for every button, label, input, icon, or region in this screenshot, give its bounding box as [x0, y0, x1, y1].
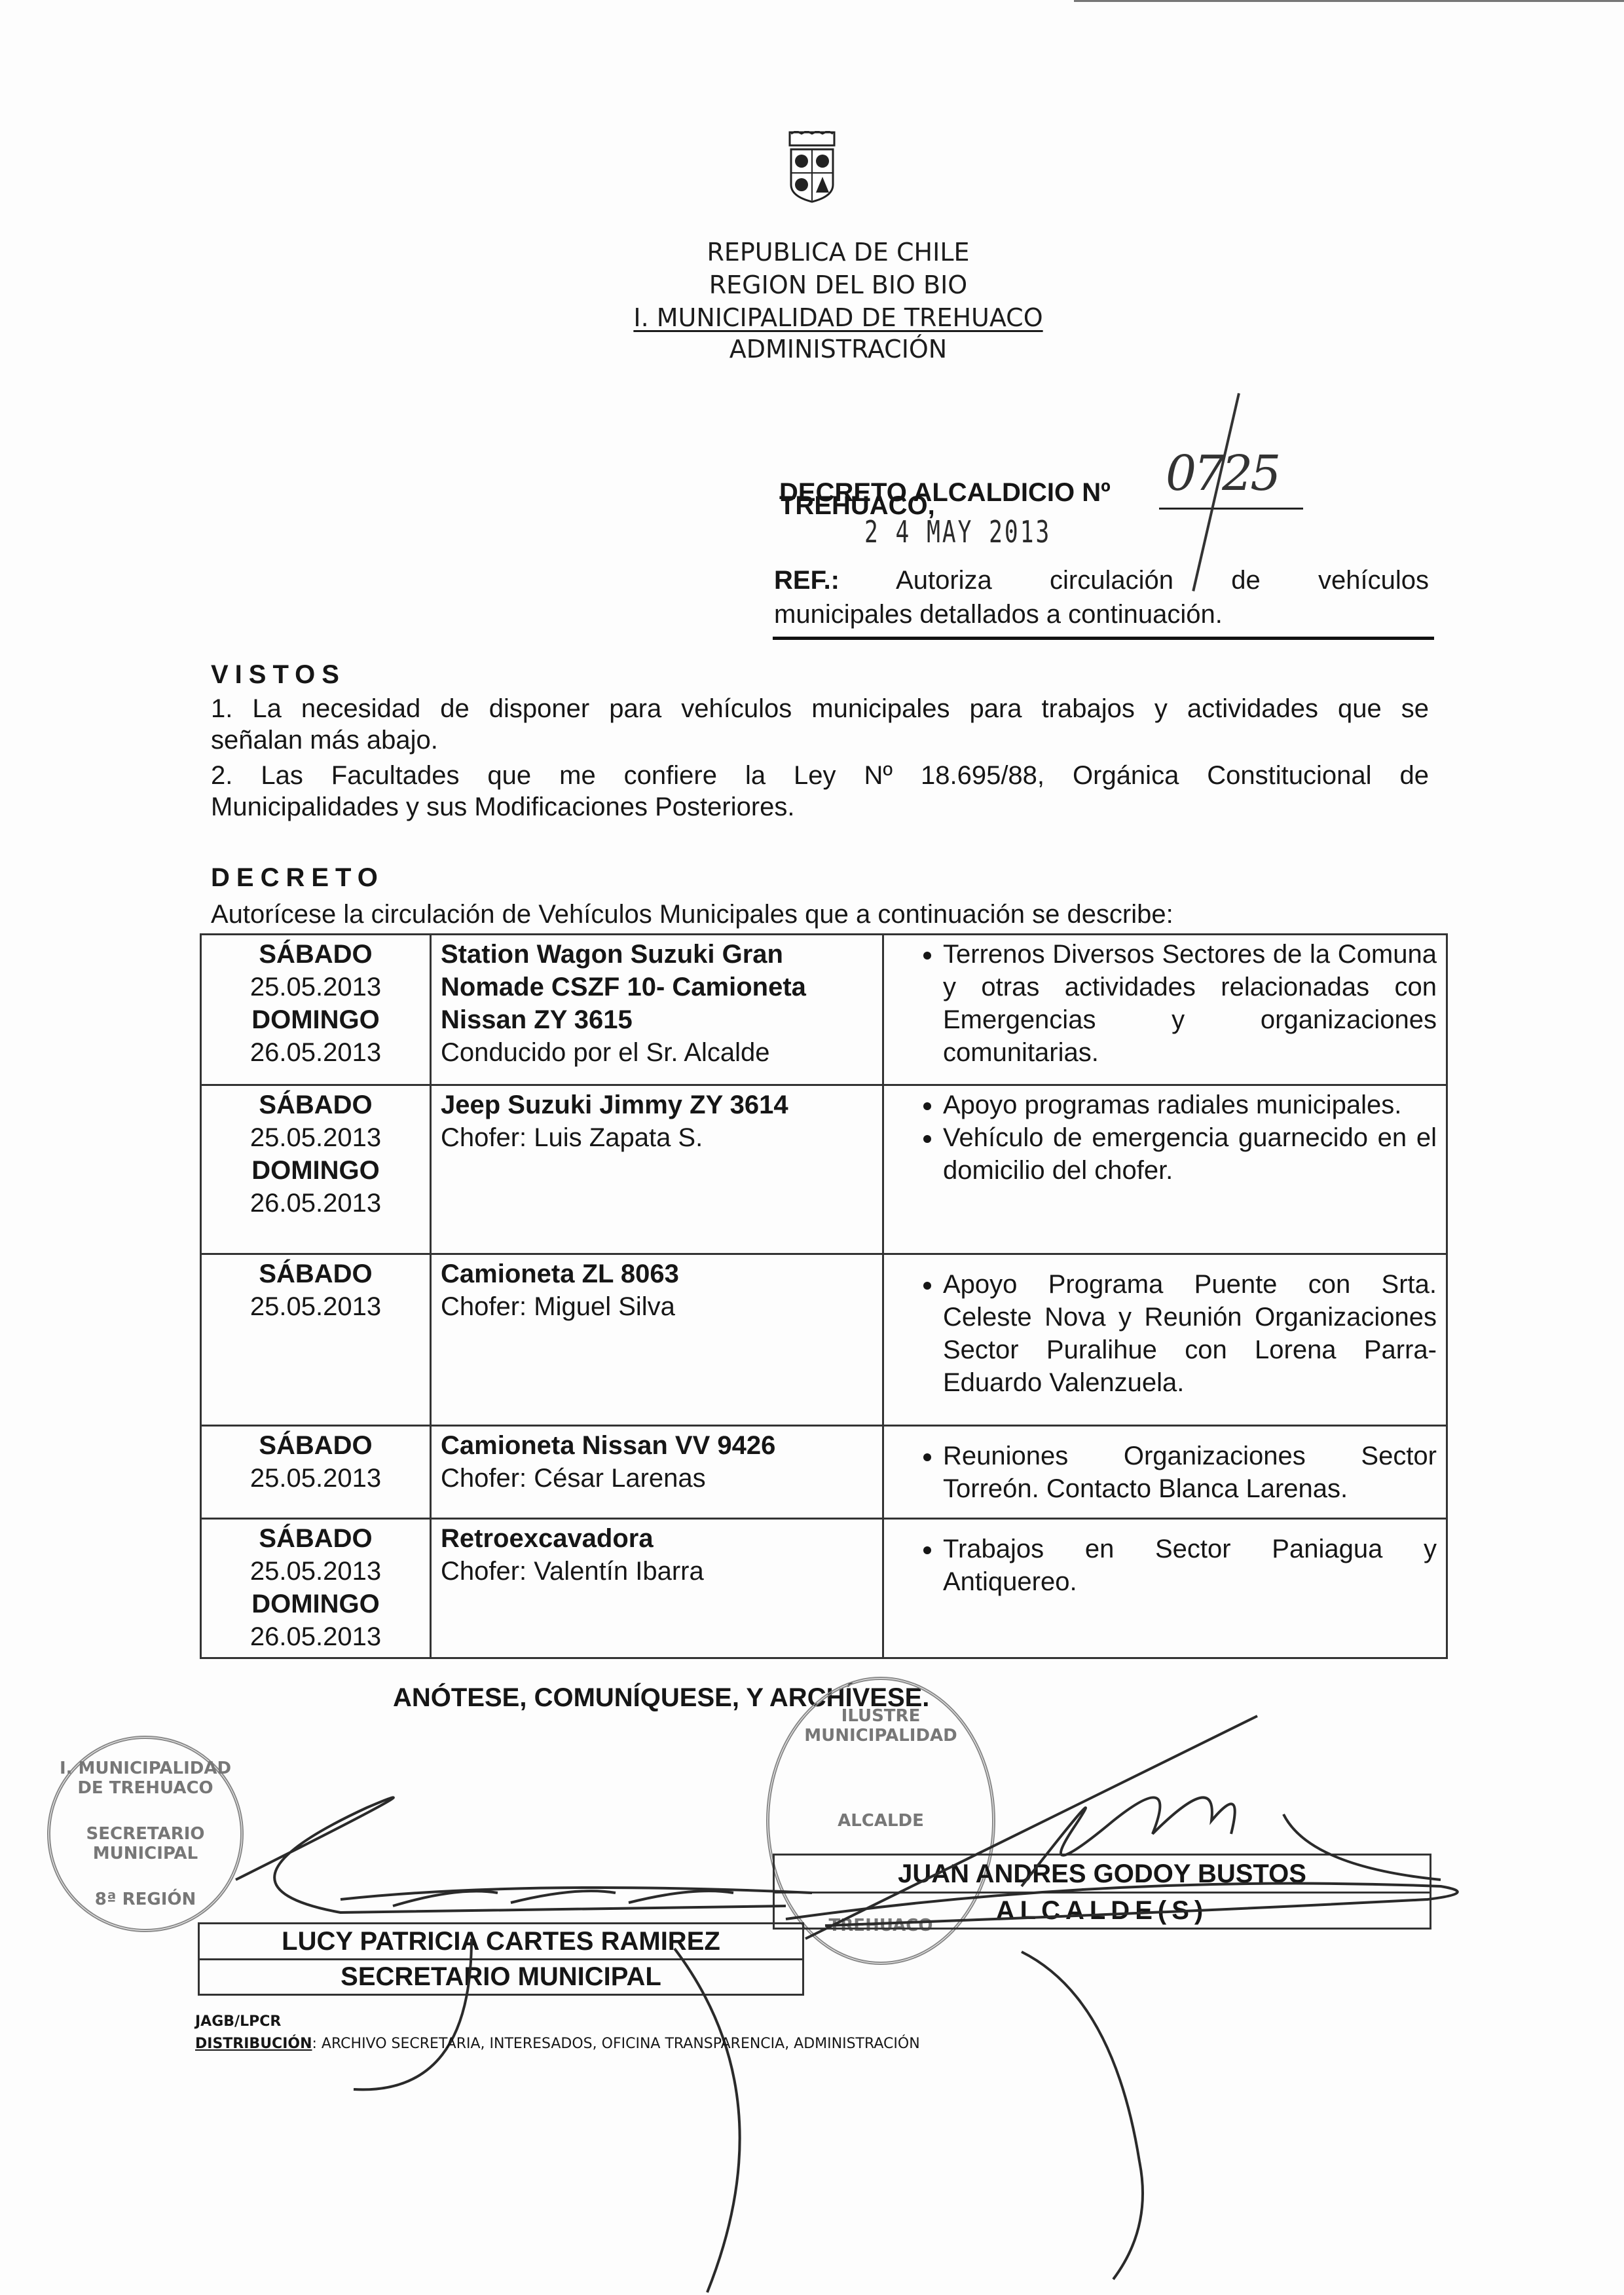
- header-municipality-text: I. MUNICIPALIDAD DE TREHUACO: [633, 303, 1043, 332]
- vehicle-dates-cell: SÁBADO25.05.2013DOMINGO26.05.2013: [201, 935, 431, 1085]
- vehicle-name: Camioneta Nissan VV 9426: [441, 1429, 873, 1462]
- vehicle-row: SÁBADO25.05.2013DOMINGO26.05.2013Station…: [201, 935, 1447, 1085]
- municipal-crest-icon: [784, 131, 840, 203]
- secretary-seal-bottom: 8ª REGIÓN: [50, 1890, 240, 1909]
- activities-list: Apoyo programas radiales municipales.Veh…: [904, 1089, 1437, 1187]
- vehicle-name: Jeep Suzuki Jimmy ZY 3614: [441, 1089, 873, 1121]
- activities-list: Apoyo Programa Puente con Srta. Celeste …: [904, 1268, 1437, 1399]
- decreto-title: DECRETO: [211, 863, 384, 893]
- secretary-title: SECRETARIO MUNICIPAL: [200, 1960, 802, 1993]
- weekday: SÁBADO: [211, 1258, 420, 1290]
- date: 25.05.2013: [211, 1462, 420, 1495]
- date: 25.05.2013: [211, 971, 420, 1003]
- date: 25.05.2013: [211, 1121, 420, 1154]
- decreto-intro: Autorícese la circulación de Vehículos M…: [211, 899, 1173, 930]
- vehicle-cell: Camioneta ZL 8063Chofer: Miguel Silva: [431, 1254, 883, 1426]
- vehicle-driver: Chofer: César Larenas: [441, 1462, 873, 1495]
- vistos-item-1-line-2: señalan más abajo.: [211, 724, 1429, 756]
- vehicle-name: Station Wagon Suzuki Gran Nomade CSZF 10…: [441, 938, 873, 1036]
- vistos-item-1: 1. La necesidad de disponer para vehícul…: [211, 693, 1429, 756]
- mayor-signature-box: JUAN ANDRES GODOY BUSTOS ALCALDE(S): [773, 1854, 1431, 1930]
- vistos-item-2: 2. Las Facultades que me confiere la Ley…: [211, 760, 1429, 823]
- vehicle-cell: Station Wagon Suzuki Gran Nomade CSZF 10…: [431, 935, 883, 1085]
- decree-number-underline: [1159, 508, 1303, 510]
- date: 25.05.2013: [211, 1555, 420, 1588]
- scan-edge-line: [1074, 0, 1624, 2]
- distribution-text: : ARCHIVO SECRETARIA, INTERESADOS, OFICI…: [312, 2036, 920, 2052]
- decree-date-stamp: 2 4 MAY 2013: [864, 514, 1051, 550]
- ref-line-2: municipales detallados a continuación.: [774, 597, 1223, 631]
- vehicle-row: SÁBADO25.05.2013DOMINGO26.05.2013Jeep Su…: [201, 1085, 1447, 1254]
- vistos-item-2-line-2: Municipalidades y sus Modificaciones Pos…: [211, 791, 1429, 823]
- vehicle-driver: Conducido por el Sr. Alcalde: [441, 1036, 873, 1069]
- weekday: SÁBADO: [211, 938, 420, 971]
- vehicle-name: Camioneta ZL 8063: [441, 1258, 873, 1290]
- header-department: ADMINISTRACIÓN: [589, 333, 1087, 365]
- vehicle-dates-cell: SÁBADO25.05.2013: [201, 1254, 431, 1426]
- vehicle-driver: Chofer: Valentín Ibarra: [441, 1555, 873, 1588]
- author-initials: JAGB/LPCR: [195, 2013, 281, 2030]
- weekday: SÁBADO: [211, 1522, 420, 1555]
- vehicle-row: SÁBADO25.05.2013DOMINGO26.05.2013Retroex…: [201, 1519, 1447, 1658]
- vistos-title: VISTOS: [211, 660, 346, 690]
- vehicles-table: SÁBADO25.05.2013DOMINGO26.05.2013Station…: [200, 933, 1448, 1659]
- ref-divider: [773, 637, 1434, 640]
- secretary-name: LUCY PATRICIA CARTES RAMIREZ: [200, 1924, 802, 1960]
- vehicle-row: SÁBADO25.05.2013Camioneta Nissan VV 9426…: [201, 1426, 1447, 1519]
- date: 25.05.2013: [211, 1290, 420, 1323]
- activities-list: Trabajos en Sector Paniagua y Antiquereo…: [904, 1533, 1437, 1598]
- distribution-label: DISTRIBUCIÓN: [195, 2036, 312, 2052]
- activities-cell: Apoyo programas radiales municipales.Veh…: [883, 1085, 1447, 1254]
- activity-item: Vehículo de emergencia guarnecido en el …: [943, 1121, 1437, 1187]
- activities-cell: Terrenos Diversos Sectores de la Comuna …: [883, 935, 1447, 1085]
- activity-item: Reuniones Organizaciones Sector Torreón.…: [943, 1440, 1437, 1505]
- ref-text-1: Autoriza circulación de vehículos: [896, 566, 1429, 595]
- weekday: DOMINGO: [211, 1154, 420, 1187]
- activities-list: Reuniones Organizaciones Sector Torreón.…: [904, 1440, 1437, 1505]
- vehicle-dates-cell: SÁBADO25.05.2013: [201, 1426, 431, 1519]
- vehicle-driver: Chofer: Miguel Silva: [441, 1290, 873, 1323]
- activities-cell: Trabajos en Sector Paniagua y Antiquereo…: [883, 1519, 1447, 1658]
- header-country: REPUBLICA DE CHILE: [589, 236, 1087, 269]
- vehicle-dates-cell: SÁBADO25.05.2013DOMINGO26.05.2013: [201, 1085, 431, 1254]
- ref-label: REF.:: [774, 566, 840, 595]
- secretary-seal-ring: I. MUNICIPALIDAD DE TREHUACO: [50, 1759, 240, 1798]
- header-region: REGION DEL BIO BIO: [589, 269, 1087, 301]
- mayor-seal-ring: ILUSTRE MUNICIPALIDAD: [769, 1706, 992, 1745]
- ref-line-1: REF.: Autoriza circulación de vehículos: [774, 563, 1429, 597]
- header-municipality: I. MUNICIPALIDAD DE TREHUACO: [589, 301, 1087, 334]
- activity-item: Apoyo programas radiales municipales.: [943, 1089, 1437, 1121]
- date: 26.05.2013: [211, 1036, 420, 1069]
- activity-item: Trabajos en Sector Paniagua y Antiquereo…: [943, 1533, 1437, 1598]
- weekday: SÁBADO: [211, 1089, 420, 1121]
- decree-number: 0725: [1166, 445, 1278, 502]
- activity-item: Apoyo Programa Puente con Srta. Celeste …: [943, 1268, 1437, 1399]
- vistos-item-1-line-1: 1. La necesidad de disponer para vehícul…: [211, 693, 1429, 724]
- vehicle-dates-cell: SÁBADO25.05.2013DOMINGO26.05.2013: [201, 1519, 431, 1658]
- document-page: REPUBLICA DE CHILE REGION DEL BIO BIO I.…: [0, 0, 1624, 2295]
- vehicle-name: Retroexcavadora: [441, 1522, 873, 1555]
- activities-list: Terrenos Diversos Sectores de la Comuna …: [904, 938, 1437, 1069]
- vehicle-cell: Jeep Suzuki Jimmy ZY 3614Chofer: Luis Za…: [431, 1085, 883, 1254]
- activities-cell: Apoyo Programa Puente con Srta. Celeste …: [883, 1254, 1447, 1426]
- mayor-name: JUAN ANDRES GODOY BUSTOS: [775, 1856, 1430, 1894]
- activity-item: Terrenos Diversos Sectores de la Comuna …: [943, 938, 1437, 1069]
- mayor-title: ALCALDE(S): [775, 1894, 1430, 1928]
- vehicle-cell: RetroexcavadoraChofer: Valentín Ibarra: [431, 1519, 883, 1658]
- date: 26.05.2013: [211, 1620, 420, 1653]
- weekday: DOMINGO: [211, 1003, 420, 1036]
- mayor-seal-center: ALCALDE: [769, 1811, 992, 1831]
- weekday: SÁBADO: [211, 1429, 420, 1462]
- secretary-seal-center: SECRETARIO MUNICIPAL: [50, 1824, 240, 1863]
- vehicle-driver: Chofer: Luis Zapata S.: [441, 1121, 873, 1154]
- vehicle-row: SÁBADO25.05.2013Camioneta ZL 8063Chofer:…: [201, 1254, 1447, 1426]
- vistos-item-2-line-1: 2. Las Facultades que me confiere la Ley…: [211, 760, 1429, 791]
- secretary-signature-box: LUCY PATRICIA CARTES RAMIREZ SECRETARIO …: [198, 1922, 804, 1996]
- distribution-line: DISTRIBUCIÓN: ARCHIVO SECRETARIA, INTERE…: [195, 2036, 920, 2052]
- activities-cell: Reuniones Organizaciones Sector Torreón.…: [883, 1426, 1447, 1519]
- vehicle-cell: Camioneta Nissan VV 9426Chofer: César La…: [431, 1426, 883, 1519]
- weekday: DOMINGO: [211, 1588, 420, 1620]
- date: 26.05.2013: [211, 1187, 420, 1220]
- secretary-seal: I. MUNICIPALIDAD DE TREHUACO SECRETARIO …: [47, 1736, 244, 1932]
